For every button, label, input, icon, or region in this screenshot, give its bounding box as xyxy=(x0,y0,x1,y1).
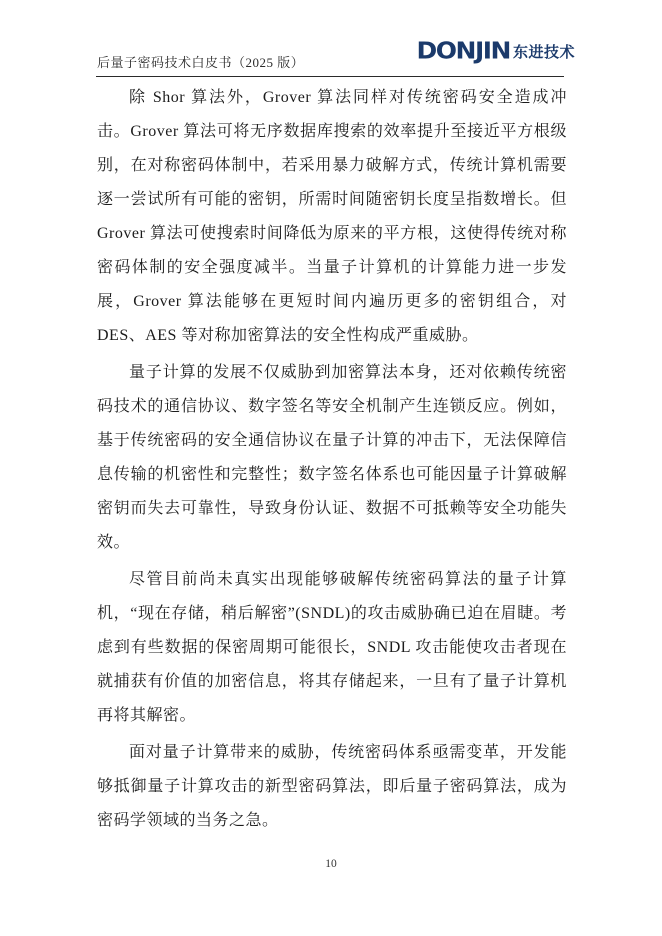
document-page: 后量子密码技术白皮书（2025 版） DONJIN 东进技术 除 Shor 算法… xyxy=(0,0,662,936)
header-title: 后量子密码技术白皮书（2025 版） xyxy=(97,52,304,71)
page-number: 10 xyxy=(0,858,662,870)
donjin-logo-chinese-text: 东进技术 xyxy=(513,43,575,62)
paragraph-sndl-attack: 尽管目前尚未真实出现能够破解传统密码算法的量子计算机，“现在存储，稍后解密”(S… xyxy=(97,563,567,733)
paragraph-chain-reaction: 量子计算的发展不仅威胁到加密算法本身，还对依赖传统密码技术的通信协议、数字签名等… xyxy=(97,356,567,560)
donjin-wordmark: DONJIN xyxy=(417,39,510,62)
document-body: 除 Shor 算法外，Grover 算法同样对传统密码安全造成冲击。Grover… xyxy=(97,81,567,841)
paragraph-grover-impact: 除 Shor 算法外，Grover 算法同样对传统密码安全造成冲击。Grover… xyxy=(97,81,567,353)
header-divider xyxy=(96,76,564,77)
paragraph-pqc-urgency: 面对量子计算带来的威胁，传统密码体系亟需变革，开发能够抵御量子计算攻击的新型密码… xyxy=(97,736,567,838)
donjin-logo: DONJIN 东进技术 xyxy=(417,37,575,62)
